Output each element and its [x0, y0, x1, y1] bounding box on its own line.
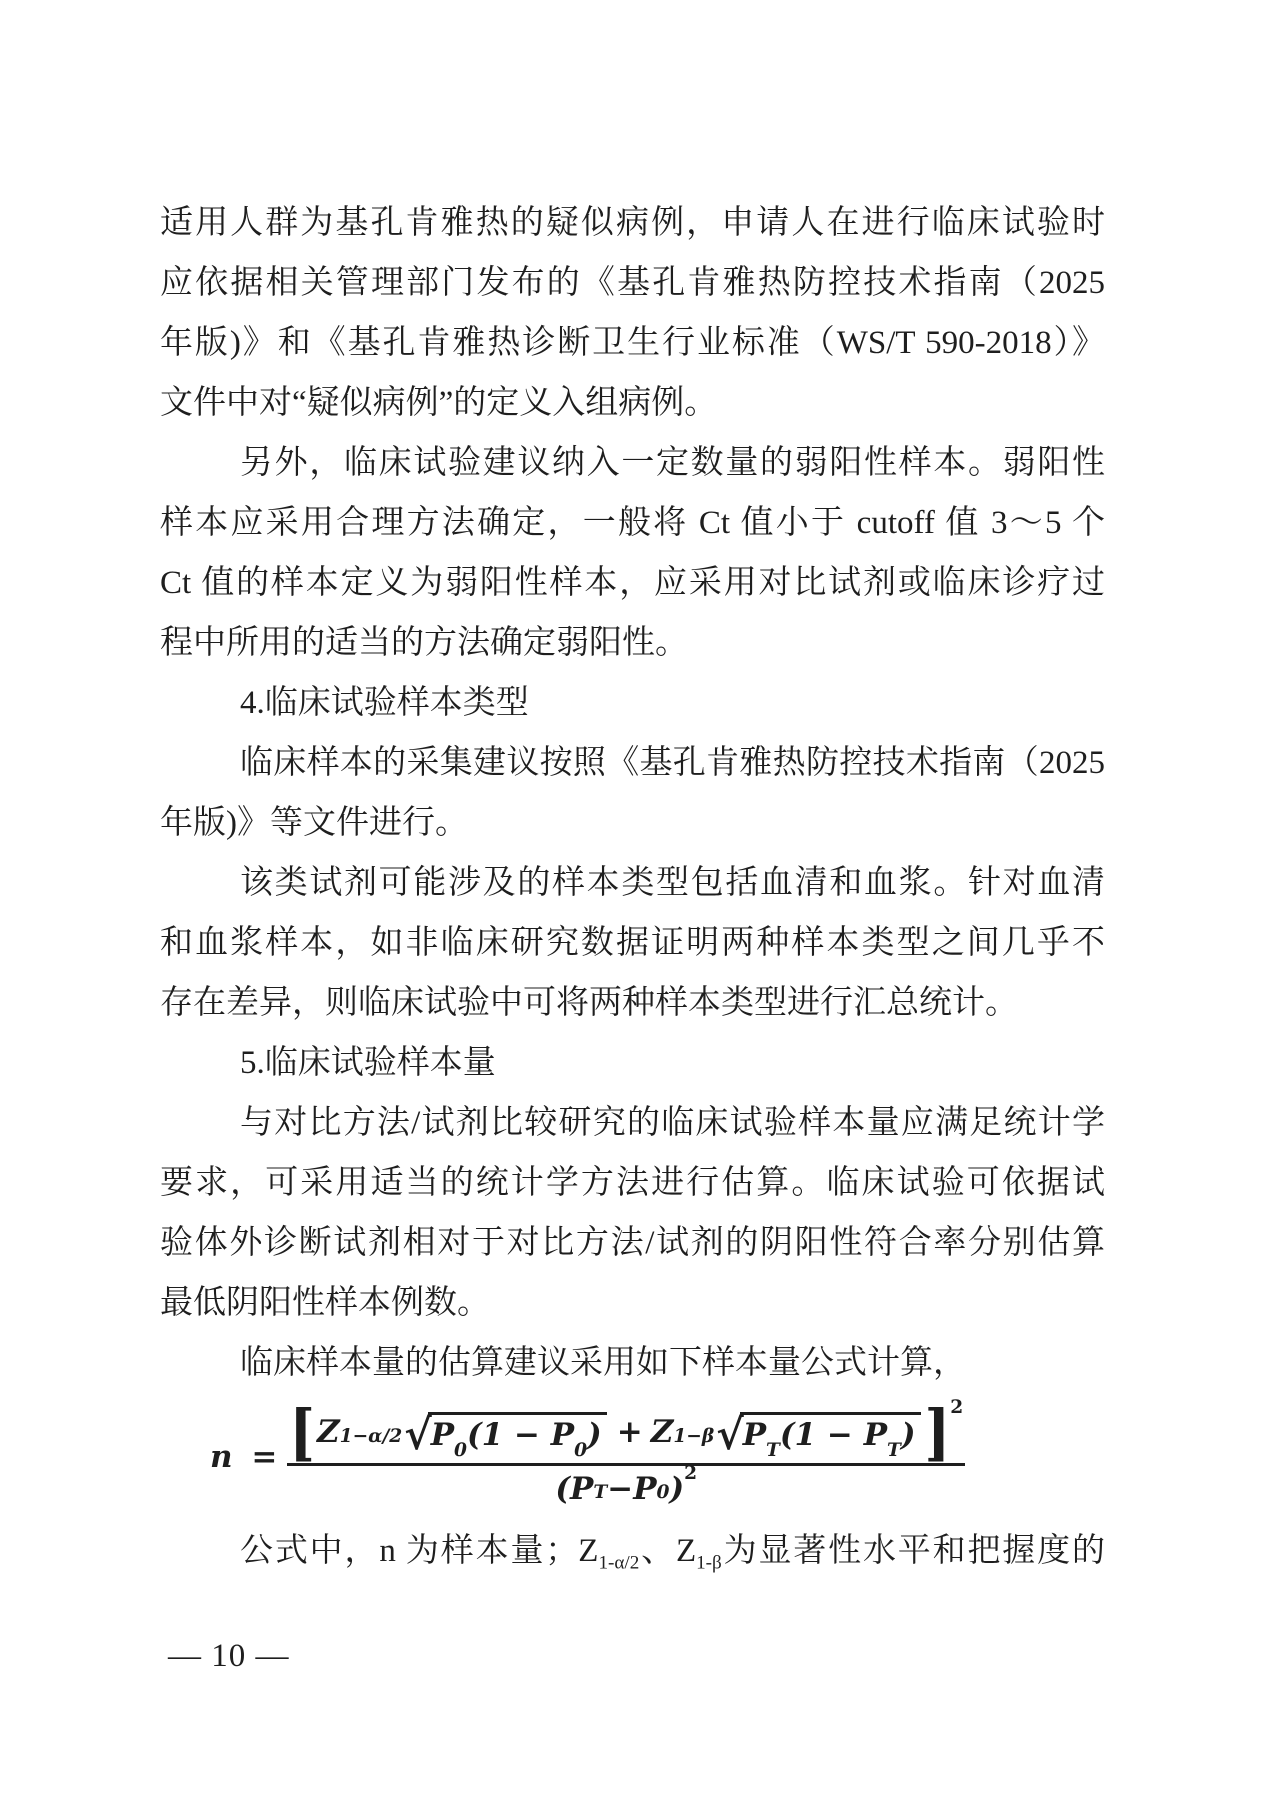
text-line: 该类试剂可能涉及的样本类型包括血清和血浆。针对血清 — [160, 853, 1105, 913]
text-line: 文件中对“疑似病例”的定义入组病例。 — [160, 373, 1105, 433]
fraction-denominator: (PT − P0)2 — [555, 1466, 697, 1507]
equals-sign: = — [251, 1439, 277, 1475]
square-root: √ PT(1 − PT) — [716, 1412, 920, 1454]
text-line: 程中所用的适当的方法确定弱阳性。 — [160, 613, 1105, 673]
z-term: Z — [317, 1414, 340, 1450]
text-segment: 为显著性水平和把握度的 — [722, 1533, 1105, 1569]
text-line: 5.临床试验样本量 — [160, 1033, 1105, 1093]
radicand: P0(1 − P0) — [428, 1412, 607, 1454]
text-line: 验体外诊断试剂相对于对比方法/试剂的阴阳性符合率分别估算 — [160, 1213, 1105, 1273]
sample-size-formula: n = [ Z1−α/2 √ P0(1 − P0) + Z1−β √ PT(1 … — [160, 1393, 1105, 1521]
text-line: 临床样本的采集建议按照《基孔肯雅热防控技术指南（2025 — [160, 733, 1105, 793]
fraction: [ Z1−α/2 √ P0(1 − P0) + Z1−β √ PT(1 − PT… — [287, 1407, 965, 1506]
text-line: Ct 值的样本定义为弱阳性样本，应采用对比试剂或临床诊疗过 — [160, 553, 1105, 613]
fraction-numerator: [ Z1−α/2 √ P0(1 − P0) + Z1−β √ PT(1 − PT… — [287, 1407, 965, 1462]
text-line: 存在差异，则临床试验中可将两种样本类型进行汇总统计。 — [160, 973, 1105, 1033]
formula-n-variable: n — [210, 1439, 233, 1475]
text-segment: 、Z — [639, 1533, 696, 1569]
radical-sign: √ — [716, 1414, 744, 1456]
text-line: 要求，可采用适当的统计学方法进行估算。临床试验可依据试 — [160, 1153, 1105, 1213]
exponent: 2 — [684, 1465, 697, 1484]
text-line: 年版)》等文件进行。 — [160, 793, 1105, 853]
text-line: 和血浆样本，如非临床研究数据证明两种样本类型之间几乎不 — [160, 913, 1105, 973]
open-bracket: [ — [289, 1407, 315, 1459]
page-number: — 10 — — [168, 1638, 290, 1675]
text-line: 临床样本量的估算建议采用如下样本量公式计算， — [160, 1333, 1105, 1393]
text-line: 适用人群为基孔肯雅热的疑似病例，申请人在进行临床试验时 — [160, 193, 1105, 253]
text-line: 应依据相关管理部门发布的《基孔肯雅热防控技术指南（2025 — [160, 253, 1105, 313]
close-bracket: ] — [925, 1407, 951, 1459]
text-segment: 公式中，n 为样本量；Z — [240, 1533, 598, 1569]
z-term: Z — [651, 1414, 674, 1450]
radical-sign: √ — [404, 1414, 432, 1456]
formula-lhs: n = — [210, 1439, 287, 1475]
text-line: 4.临床试验样本类型 — [160, 673, 1105, 733]
text-line: 最低阴阳性样本例数。 — [160, 1273, 1105, 1333]
radicand: PT(1 − PT) — [740, 1412, 921, 1454]
text-subscript: 1-α/2 — [598, 1553, 639, 1574]
document-page: 适用人群为基孔肯雅热的疑似病例，申请人在进行临床试验时应依据相关管理部门发布的《… — [0, 0, 1280, 1810]
text-line: 年版)》和《基孔肯雅热诊断卫生行业标准（WS/T 590-2018）》 — [160, 313, 1105, 373]
plus-sign: + — [617, 1414, 643, 1450]
square-root: √ P0(1 − P0) — [404, 1412, 607, 1454]
text-subscript: 1-β — [696, 1553, 722, 1574]
text-line: 公式中，n 为样本量；Z1-α/2、Z1-β为显著性水平和把握度的 — [160, 1521, 1105, 1581]
text-line: 另外，临床试验建议纳入一定数量的弱阳性样本。弱阳性 — [160, 433, 1105, 493]
document-body: 适用人群为基孔肯雅热的疑似病例，申请人在进行临床试验时应依据相关管理部门发布的《… — [160, 193, 1105, 1581]
text-line: 样本应采用合理方法确定，一般将 Ct 值小于 cutoff 值 3～5 个 — [160, 493, 1105, 553]
exponent: 2 — [950, 1399, 963, 1418]
text-line: 与对比方法/试剂比较研究的临床试验样本量应满足统计学 — [160, 1093, 1105, 1153]
